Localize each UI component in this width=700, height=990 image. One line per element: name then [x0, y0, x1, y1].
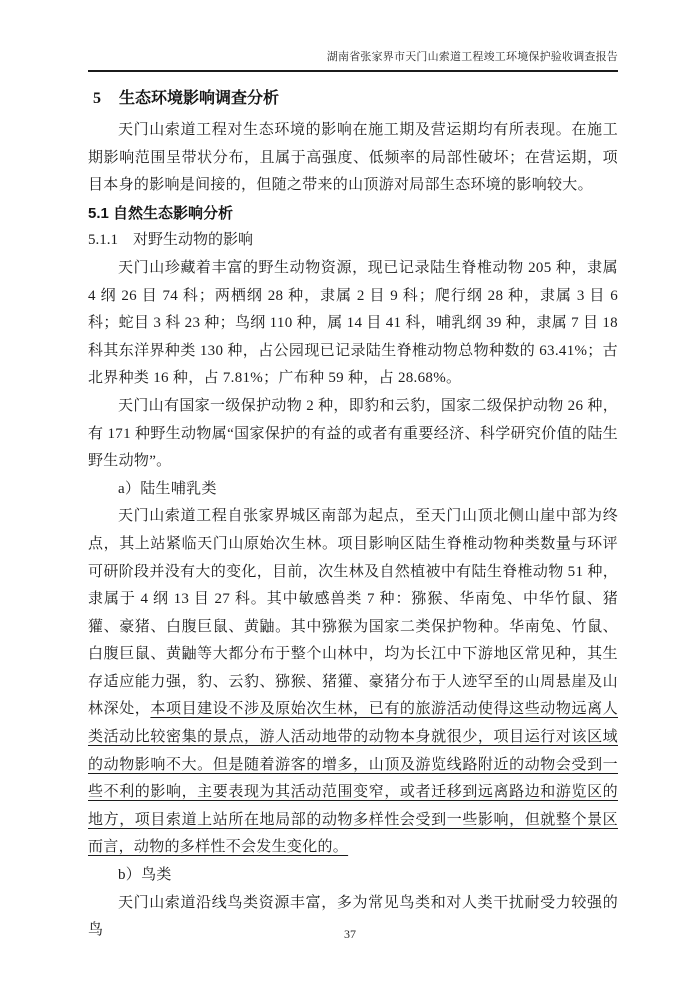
section-title: 生态环境影响调查分析 [119, 90, 279, 107]
page-footer: 37 [0, 927, 700, 942]
subsection-heading: 5.1 自然生态影响分析 [88, 200, 618, 228]
section-heading: 5生态环境影响调查分析 [88, 87, 618, 111]
page-number: 37 [344, 927, 356, 941]
running-header-title: 湖南省张家界市天门山索道工程竣工环境保护验收调查报告 [88, 50, 618, 65]
page-header: 湖南省张家界市天门山索道工程竣工环境保护验收调查报告 [88, 0, 618, 72]
paragraph-terrestrial-mammals: 天门山索道工程自张家界城区南部为起点，至天门山顶北侧山崖中部为终点，其上站紧临天… [88, 503, 618, 862]
section-number: 5 [93, 87, 101, 111]
document-body: 5生态环境影响调查分析 天门山索道工程对生态环境的影响在施工期及营运期均有所表现… [88, 87, 618, 945]
mammals-analysis-text: 天门山索道工程自张家界城区南部为起点，至天门山顶北侧山崖中部为终点，其上站紧临天… [88, 508, 618, 717]
document-page: 湖南省张家界市天门山索道工程竣工环境保护验收调查报告 5生态环境影响调查分析 天… [0, 0, 700, 990]
list-item-b-label: b）鸟类 [88, 862, 618, 890]
subsubsection-heading: 5.1.1 对野生动物的影响 [88, 227, 618, 255]
paragraph-fauna-statistics: 天门山珍藏着丰富的野生动物资源，现已记录陆生脊椎动物 205 种，隶属 4 纲 … [88, 255, 618, 393]
mammals-conclusion-underlined-text: 本项目建设不涉及原始次生林，已有的旅游活动使得这些动物远离人类活动比较密集的景点… [88, 701, 618, 855]
paragraph-intro: 天门山索道工程对生态环境的影响在施工期及营运期均有所表现。在施工期影响范围呈带状… [88, 117, 618, 200]
paragraph-protected-species: 天门山有国家一级保护动物 2 种，即豹和云豹，国家二级保护动物 26 种，有 1… [88, 393, 618, 476]
list-item-a-label: a）陆生哺乳类 [88, 476, 618, 504]
